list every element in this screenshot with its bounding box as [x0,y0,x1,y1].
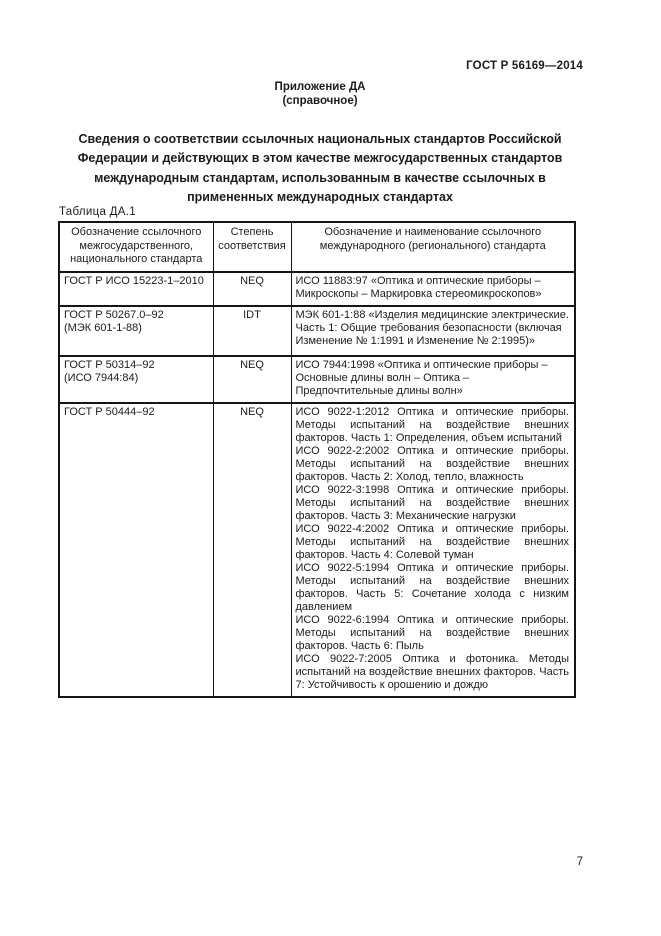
intl-entry: ИСО 9022-6:1994 Оптика и оптические приб… [296,614,570,653]
intl-entry: ИСО 9022-3:1998 Оптика и оптические приб… [296,484,570,523]
title-line: Федерации и действующих в этом качестве … [30,149,610,168]
page-title: Сведения о соответствии ссылочных национ… [30,130,610,207]
national-line: (МЭК 601-1-88) [64,322,210,335]
intl-entry: ИСО 9022-1:2012 Оптика и оптические приб… [296,406,570,445]
national-line: (ИСО 7944:84) [64,372,210,385]
intl-entry: ИСО 9022-4:2002 Оптика и оптические приб… [296,523,570,562]
standards-table: Обозначение ссылочного межгосударственно… [58,221,576,698]
header-national: Обозначение ссылочного межгосударственно… [59,222,213,272]
cell-degree: IDT [213,306,291,356]
intl-entry: ИСО 9022-2:2002 Оптика и оптические приб… [296,445,570,484]
page-number: 7 [577,856,583,868]
cell-national: ГОСТ Р 50314–92 (ИСО 7944:84) [59,356,213,403]
table-label: Таблица ДА.1 [59,206,136,218]
cell-national: ГОСТ Р 50444–92 [59,403,213,697]
cell-national: ГОСТ Р 50267.0–92 (МЭК 601-1-88) [59,306,213,356]
title-line: международным стандартам, использованным… [30,169,610,188]
table-row: ГОСТ Р 50314–92 (ИСО 7944:84) NEQ ИСО 79… [59,356,575,403]
cell-international: ИСО 7944:1998 «Оптика и оптические прибо… [291,356,575,403]
national-line: ГОСТ Р ИСО 15223-1–2010 [64,275,210,288]
table-row: ГОСТ Р ИСО 15223-1–2010 NEQ ИСО 11883:97… [59,272,575,306]
table-row: ГОСТ Р 50267.0–92 (МЭК 601-1-88) IDT МЭК… [59,306,575,356]
intl-entry: МЭК 601-1:88 «Изделия медицинские электр… [296,309,570,348]
cell-degree: NEQ [213,403,291,697]
appendix-subtitle: (справочное) [0,94,640,108]
cell-national: ГОСТ Р ИСО 15223-1–2010 [59,272,213,306]
header-international: Обозначение и наименование ссылочного ме… [291,222,575,272]
table-row: ГОСТ Р 50444–92 NEQ ИСО 9022-1:2012 Опти… [59,403,575,697]
doc-number: ГОСТ Р 56169—2014 [466,60,583,72]
cell-degree: NEQ [213,272,291,306]
table-header-row: Обозначение ссылочного межгосударственно… [59,222,575,272]
intl-entry: ИСО 9022-5:1994 Оптика и оптические приб… [296,562,570,614]
national-line: ГОСТ Р 50267.0–92 [64,309,210,322]
national-line: ГОСТ Р 50444–92 [64,406,210,419]
cell-international: МЭК 601-1:88 «Изделия медицинские электр… [291,306,575,356]
document-page: ГОСТ Р 56169—2014 Приложение ДА (справоч… [0,0,661,936]
intl-entry: ИСО 11883:97 «Оптика и оптические прибор… [296,275,570,301]
standards-table-container: Обозначение ссылочного межгосударственно… [58,221,576,698]
intl-entry: ИСО 9022-7:2005 Оптика и фотоника. Метод… [296,653,570,692]
cell-international: ИСО 9022-1:2012 Оптика и оптические приб… [291,403,575,697]
appendix-title: Приложение ДА [0,80,640,94]
intl-entry: ИСО 7944:1998 «Оптика и оптические прибо… [296,359,570,398]
national-line: ГОСТ Р 50314–92 [64,359,210,372]
title-line: примененных международных стандартах [30,188,610,207]
cell-degree: NEQ [213,356,291,403]
title-line: Сведения о соответствии ссылочных национ… [30,130,610,149]
cell-international: ИСО 11883:97 «Оптика и оптические прибор… [291,272,575,306]
appendix-heading: Приложение ДА (справочное) [0,80,640,108]
header-degree: Степень соответствия [213,222,291,272]
